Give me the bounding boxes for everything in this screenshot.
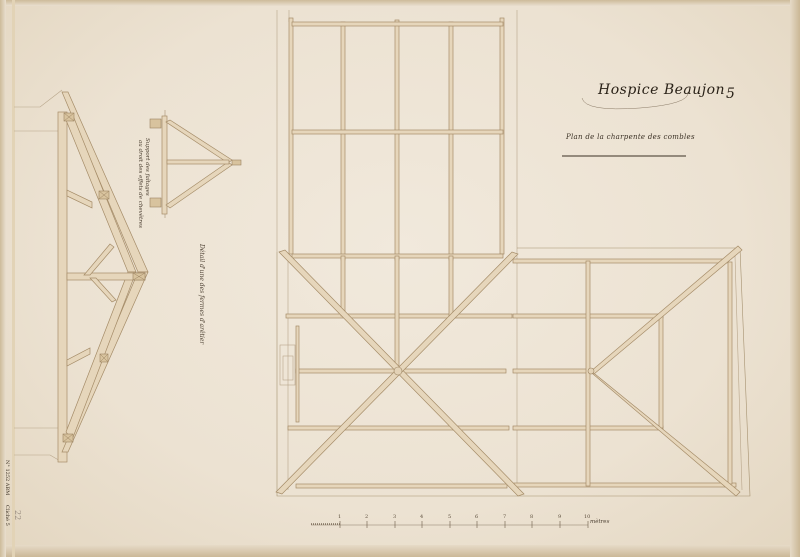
joint-mark [64, 113, 74, 121]
hip-hub [394, 367, 402, 375]
scale-tick-label: 9 [558, 514, 561, 520]
scale-tick-label: 2 [365, 514, 368, 520]
archive-reference-secondary: Cliché 5 [4, 505, 10, 526]
section-label: Détail d'une des fermes d'arêtier [198, 244, 205, 344]
scale-bar [311, 521, 588, 528]
joint-mark [63, 434, 73, 442]
scale-tick-label: 4 [420, 514, 423, 520]
scale-unit-label: mètres [590, 519, 609, 525]
joint-mark [133, 273, 145, 280]
hip-hub [588, 368, 594, 374]
plan-lower-wing [276, 246, 750, 496]
joint-mark [99, 191, 109, 199]
scale-tick-label: 6 [475, 514, 478, 520]
drawing-title: Hospice Beaujon [598, 82, 725, 98]
sheet-number: 5 [726, 86, 735, 102]
drawing-subtitle: Plan de la charpente des combles [566, 133, 695, 141]
hip-truss-section [14, 90, 148, 462]
joint-mark [100, 354, 108, 362]
pencil-number: 22 [13, 510, 22, 520]
scale-tick-label: 1 [338, 514, 341, 520]
scale-tick-label: 7 [503, 514, 506, 520]
ridge-support-sublabel: au droit des effets de chevêtres [137, 140, 143, 228]
scale-tick-label: 3 [393, 514, 396, 520]
ridge-support-truss [150, 110, 241, 218]
scale-tick-label: 8 [530, 514, 533, 520]
plan-upper-wing [277, 10, 517, 260]
scale-tick-label: 5 [448, 514, 451, 520]
archive-reference: N° 1252 ABM [4, 460, 10, 495]
ridge-support-label: Support des faîtages [144, 138, 150, 196]
drawing-sheet: .beam { fill:#e6d6bb; stroke:#a58c68; st… [0, 0, 800, 557]
